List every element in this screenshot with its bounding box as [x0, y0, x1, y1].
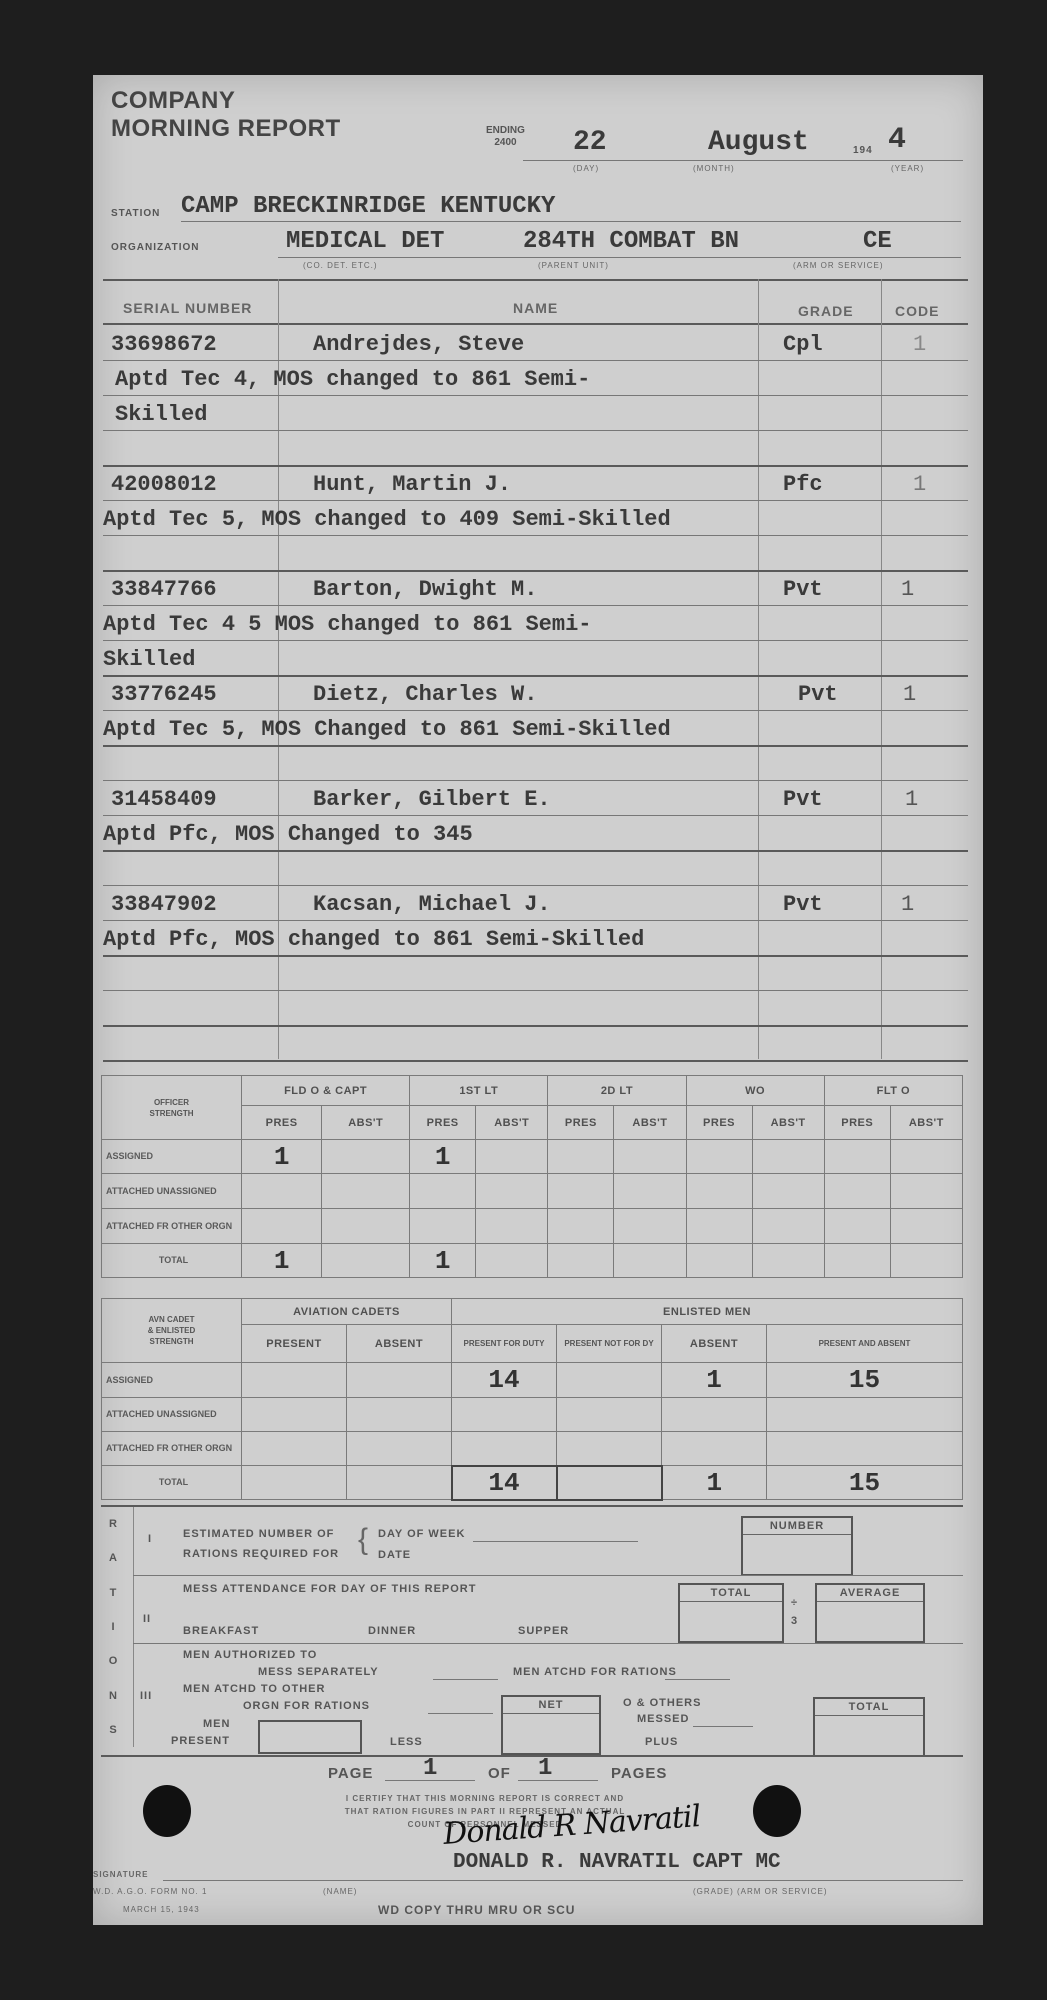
- row-rule: [103, 885, 968, 886]
- entries-top-rule: [103, 279, 968, 281]
- officer-row-attached-unassigned: ATTACHED UNASSIGNED: [102, 1174, 963, 1209]
- sub-pres: PRES: [686, 1106, 752, 1140]
- entry-grade: Cpl: [783, 332, 823, 357]
- column-name: NAME: [513, 300, 558, 316]
- officer-row-total: TOTAL 1 1: [102, 1244, 963, 1278]
- part-i-rule: [133, 1575, 963, 1576]
- wd-copy-note: WD COPY THRU MRU OR SCU: [378, 1903, 575, 1917]
- entry-remark-cont: Skilled: [115, 402, 207, 427]
- row-label: ATTACHED UNASSIGNED: [102, 1398, 242, 1432]
- title-line-1: COMPANY: [111, 87, 341, 115]
- side-letter: S: [109, 1724, 117, 1736]
- station-value: CAMP BRECKINRIDGE KENTUCKY: [181, 193, 555, 220]
- officer-strength-table: OFFICER STRENGTH FLD O & CAPT 1ST LT 2D …: [101, 1075, 963, 1278]
- cell: 1: [242, 1244, 322, 1278]
- of-label: OF: [488, 1765, 511, 1782]
- unit-caption: (CO. DET. ETC.): [303, 261, 378, 270]
- day-of-week-field[interactable]: [473, 1541, 638, 1542]
- men-present-label-1: MEN: [203, 1718, 230, 1730]
- entry-serial: 33847766: [111, 577, 217, 602]
- entry-grade: Pvt: [798, 682, 838, 707]
- cell: [752, 1140, 824, 1174]
- entry-name: Hunt, Martin J.: [313, 472, 511, 497]
- men-atchd-other-label-1: MEN ATCHD TO OTHER: [183, 1683, 325, 1695]
- divider-grade-code: [881, 279, 882, 1059]
- officer-title-2: STRENGTH: [102, 1108, 241, 1119]
- sub-pres: PRES: [548, 1106, 614, 1140]
- estimated-label-2: RATIONS REQUIRED FOR: [183, 1548, 339, 1560]
- rations-top-rule: [101, 1505, 963, 1507]
- signature-label: SIGNATURE: [93, 1870, 149, 1879]
- men-present-box[interactable]: [258, 1720, 362, 1754]
- cell: 1: [662, 1466, 767, 1500]
- row-label: TOTAL: [102, 1244, 242, 1278]
- sub-abst: ABS'T: [476, 1106, 548, 1140]
- sub-abst: ABS'T: [752, 1106, 824, 1140]
- page-total-underline: [518, 1780, 598, 1781]
- sub-absent-em: ABSENT: [662, 1325, 767, 1363]
- entry-code: 1: [913, 332, 926, 357]
- entry-name: Barker, Gilbert E.: [313, 787, 551, 812]
- cell: 1: [410, 1140, 476, 1174]
- enlisted-row-attached-other: ATTACHED FR OTHER ORGN: [102, 1432, 963, 1466]
- month-caption: (MONTH): [693, 164, 735, 173]
- certify-line-1: I CERTIFY THAT THIS MORNING REPORT IS CO…: [285, 1792, 685, 1805]
- entry-code: 1: [913, 472, 926, 497]
- cell: 15: [767, 1363, 963, 1398]
- entry-grade: Pvt: [783, 577, 823, 602]
- entry-remark: Aptd Pfc, MOS Changed to 345: [103, 822, 473, 847]
- row-rule: [103, 465, 968, 467]
- o-others-label-1: O & OTHERS: [623, 1697, 701, 1709]
- entry-remark-cont: Skilled: [103, 647, 195, 672]
- cell: [347, 1466, 452, 1500]
- net-box-label: NET: [503, 1697, 599, 1714]
- enlisted-row-attached-unassigned: ATTACHED UNASSIGNED: [102, 1398, 963, 1432]
- parent-unit-caption: (PARENT UNIT): [538, 261, 609, 270]
- day-caption: (DAY): [573, 164, 599, 173]
- organization-parent-unit: 284TH COMBAT BN: [523, 228, 739, 255]
- cell: [557, 1466, 662, 1500]
- sub-abst: ABS'T: [614, 1106, 686, 1140]
- side-letter: I: [111, 1621, 115, 1633]
- cell: [824, 1140, 890, 1174]
- o-others-field[interactable]: [693, 1726, 753, 1727]
- entry-name: Dietz, Charles W.: [313, 682, 537, 707]
- side-letter: A: [109, 1552, 118, 1564]
- page-number-underline: [385, 1780, 475, 1781]
- punch-hole-right: [753, 1785, 801, 1837]
- row-rule: [103, 955, 968, 957]
- entry-code: 1: [901, 577, 914, 602]
- ending-label-2: 2400: [486, 137, 525, 149]
- ending-label-1: ENDING: [486, 125, 525, 137]
- men-atchd-rations-field[interactable]: [665, 1679, 730, 1680]
- organization-underline: [278, 257, 961, 258]
- group-aviation-cadets: AVIATION CADETS: [242, 1299, 452, 1325]
- entry-grade: Pfc: [783, 472, 823, 497]
- row-rule: [103, 500, 968, 501]
- officer-strength-title: OFFICER STRENGTH: [102, 1076, 242, 1140]
- cell: [614, 1140, 686, 1174]
- row-rule: [103, 990, 968, 991]
- section-iii: III: [140, 1690, 152, 1702]
- sub-abst: ABS'T: [322, 1106, 410, 1140]
- station-underline: [181, 221, 961, 222]
- row-rule: [103, 640, 968, 641]
- entry-grade: Pvt: [783, 787, 823, 812]
- column-serial-number: SERIAL NUMBER: [123, 300, 252, 316]
- sub-present: PRESENT: [242, 1325, 347, 1363]
- name-caption: (NAME): [323, 1887, 357, 1896]
- o-others-label-2: MESSED: [637, 1713, 689, 1725]
- row-rule: [103, 535, 968, 536]
- enlisted-row-total: TOTAL 14 1 15: [102, 1466, 963, 1500]
- entry-grade: Pvt: [783, 892, 823, 917]
- entry-name: Andrejdes, Steve: [313, 332, 524, 357]
- divide-by-three: 3: [791, 1615, 798, 1627]
- entry-code: 1: [903, 682, 916, 707]
- row-label: ATTACHED UNASSIGNED: [102, 1174, 242, 1209]
- entry-code: 1: [905, 787, 918, 812]
- date-underline: [523, 160, 963, 161]
- cell: [824, 1244, 890, 1278]
- entry-serial: 42008012: [111, 472, 217, 497]
- row-rule: [103, 1060, 968, 1062]
- entry-remark: Aptd Tec 4 5 MOS changed to 861 Semi-: [103, 612, 591, 637]
- row-label: ATTACHED FR OTHER ORGN: [102, 1432, 242, 1466]
- row-rule: [103, 430, 968, 431]
- row-label: ASSIGNED: [102, 1363, 242, 1398]
- group-enlisted-men: ENLISTED MEN: [452, 1299, 963, 1325]
- row-rule: [103, 920, 968, 921]
- sub-abst: ABS'T: [890, 1106, 962, 1140]
- section-i: I: [148, 1533, 152, 1545]
- entry-code: 1: [901, 892, 914, 917]
- cell: [322, 1140, 410, 1174]
- row-rule: [103, 395, 968, 396]
- cell: [476, 1140, 548, 1174]
- row-rule: [103, 570, 968, 572]
- net-box[interactable]: NET: [501, 1695, 601, 1755]
- entry-remark: Aptd Pfc, MOS changed to 861 Semi-Skille…: [103, 927, 644, 952]
- cell: [686, 1140, 752, 1174]
- title-line-2: MORNING REPORT: [111, 115, 341, 143]
- entry-serial: 33698672: [111, 332, 217, 357]
- row-label: ATTACHED FR OTHER ORGN: [102, 1209, 242, 1244]
- rations-side-divider: [133, 1507, 134, 1747]
- row-rule: [103, 710, 968, 711]
- estimated-label-1: ESTIMATED NUMBER OF: [183, 1528, 334, 1540]
- cell: [614, 1244, 686, 1278]
- cell: [476, 1244, 548, 1278]
- men-present-label-2: PRESENT: [171, 1735, 230, 1747]
- rations-side-label: R A T I O N S: [101, 1507, 126, 1747]
- cell: 14: [452, 1466, 557, 1500]
- arm-caption: (ARM OR SERVICE): [793, 261, 884, 270]
- entry-name: Kacsan, Michael J.: [313, 892, 551, 917]
- organization-arm: CE: [863, 228, 892, 255]
- enlisted-row-assigned: ASSIGNED 14 1 15: [102, 1363, 963, 1398]
- section-ii: II: [143, 1613, 151, 1625]
- report-month: August: [708, 127, 809, 158]
- cell: [242, 1363, 347, 1398]
- side-letter: N: [109, 1690, 118, 1702]
- row-rule: [103, 745, 968, 747]
- group-wo: WO: [686, 1076, 824, 1106]
- row-rule: [103, 850, 968, 852]
- divider-name-grade: [758, 279, 759, 1059]
- less-label: LESS: [390, 1736, 423, 1748]
- mess-separately-field[interactable]: [433, 1679, 498, 1680]
- row-rule: [103, 780, 968, 781]
- page-label: PAGE: [328, 1765, 373, 1782]
- row-rule: [103, 605, 968, 606]
- entry-serial: 31458409: [111, 787, 217, 812]
- officer-title-1: OFFICER: [102, 1097, 241, 1108]
- column-code: CODE: [895, 303, 939, 319]
- ending-label: ENDING 2400: [486, 125, 525, 149]
- grade-caption: (GRADE) (ARM OR SERVICE): [693, 1887, 828, 1896]
- breakfast-label: BREAKFAST: [183, 1625, 259, 1637]
- cell: [686, 1244, 752, 1278]
- organization-label: ORGANIZATION: [111, 242, 199, 253]
- sub-present-not-for-duty: PRESENT NOT FOR DY: [557, 1325, 662, 1363]
- row-rule: [103, 675, 968, 677]
- number-box-label: NUMBER: [743, 1518, 851, 1535]
- report-day: 22: [573, 127, 607, 158]
- total-box[interactable]: TOTAL: [678, 1583, 784, 1643]
- entry-name: Barton, Dwight M.: [313, 577, 537, 602]
- year-caption: (YEAR): [891, 164, 924, 173]
- sub-pres: PRES: [824, 1106, 890, 1140]
- group-1st-lt: 1ST LT: [410, 1076, 548, 1106]
- atchd-other-field[interactable]: [428, 1713, 493, 1714]
- signature-line: [163, 1880, 963, 1881]
- average-box-label: AVERAGE: [817, 1585, 923, 1602]
- cell: 15: [767, 1466, 963, 1500]
- sub-present-for-duty: PRESENT FOR DUTY: [452, 1325, 557, 1363]
- dinner-label: DINNER: [368, 1625, 416, 1637]
- row-label: TOTAL: [102, 1466, 242, 1500]
- entry-remark: Aptd Tec 5, MOS Changed to 861 Semi-Skil…: [103, 717, 671, 742]
- row-rule: [103, 360, 968, 361]
- mess-attendance-label: MESS ATTENDANCE FOR DAY OF THIS REPORT: [183, 1583, 476, 1595]
- row-label: ASSIGNED: [102, 1140, 242, 1174]
- supper-label: SUPPER: [518, 1625, 569, 1637]
- column-grade: GRADE: [798, 303, 854, 319]
- cell: 14: [452, 1363, 557, 1398]
- men-authorized-label-1: MEN AUTHORIZED TO: [183, 1649, 317, 1661]
- cell: 1: [242, 1140, 322, 1174]
- sub-absent: ABSENT: [347, 1325, 452, 1363]
- group-2d-lt: 2D LT: [548, 1076, 686, 1106]
- day-of-week-label: DAY OF WEEK: [378, 1528, 465, 1540]
- form-title: COMPANY MORNING REPORT: [111, 87, 341, 143]
- cell: 1: [662, 1363, 767, 1398]
- row-rule: [103, 1025, 968, 1027]
- cell: [752, 1244, 824, 1278]
- side-letter: T: [110, 1587, 118, 1599]
- group-flt-o: FLT O: [824, 1076, 962, 1106]
- enlisted-strength-title: AVN CADET & ENLISTED STRENGTH: [102, 1299, 242, 1363]
- cell: [557, 1363, 662, 1398]
- enlisted-title-3: STRENGTH: [102, 1336, 241, 1347]
- cell: [548, 1244, 614, 1278]
- part-ii-rule: [133, 1643, 963, 1644]
- sub-pres: PRES: [410, 1106, 476, 1140]
- cell: [347, 1363, 452, 1398]
- organization-unit: MEDICAL DET: [286, 228, 444, 255]
- side-letter: O: [109, 1655, 119, 1667]
- cell: [890, 1140, 962, 1174]
- morning-report-form: COMPANY MORNING REPORT ENDING 2400 22 Au…: [93, 75, 983, 1925]
- sub-pres: PRES: [242, 1106, 322, 1140]
- rations-total-label: TOTAL: [815, 1699, 923, 1716]
- average-box[interactable]: AVERAGE: [815, 1583, 925, 1643]
- form-number: W.D. A.G.O. FORM NO. 1: [93, 1887, 207, 1896]
- report-year: 4: [888, 123, 906, 157]
- year-prefix: 194: [853, 145, 873, 156]
- sub-present-and-absent: PRESENT AND ABSENT: [767, 1325, 963, 1363]
- pages-label: PAGES: [611, 1765, 667, 1782]
- cell: [322, 1244, 410, 1278]
- cell: 1: [410, 1244, 476, 1278]
- entry-serial: 33776245: [111, 682, 217, 707]
- men-atchd-other-label-2: ORGN FOR RATIONS: [243, 1700, 370, 1712]
- entry-serial: 33847902: [111, 892, 217, 917]
- plus-label: PLUS: [645, 1736, 678, 1748]
- station-label: STATION: [111, 208, 160, 219]
- punch-hole-left: [143, 1785, 191, 1837]
- enlisted-title-1: AVN CADET: [102, 1314, 241, 1325]
- divide-icon: ÷: [791, 1597, 798, 1609]
- page-total: 1: [538, 1755, 552, 1782]
- rations-bottom-rule: [101, 1755, 963, 1757]
- enlisted-strength-table: AVN CADET & ENLISTED STRENGTH AVIATION C…: [101, 1298, 963, 1501]
- page-number: 1: [423, 1755, 437, 1782]
- brace-icon: {: [358, 1523, 369, 1557]
- group-fld-o-capt: FLD O & CAPT: [242, 1076, 410, 1106]
- number-box[interactable]: NUMBER: [741, 1516, 853, 1576]
- men-atchd-rations-label: MEN ATCHD FOR RATIONS: [513, 1666, 677, 1678]
- total-box-label: TOTAL: [680, 1585, 782, 1602]
- enlisted-title-2: & ENLISTED: [102, 1325, 241, 1336]
- officer-row-assigned: ASSIGNED 1 1: [102, 1140, 963, 1174]
- signer-name-grade: DONALD R. NAVRATIL CAPT MC: [453, 1851, 781, 1874]
- cell: [548, 1140, 614, 1174]
- cell: [242, 1466, 347, 1500]
- men-authorized-label-2: MESS SEPARATELY: [258, 1666, 379, 1678]
- entries-header-rule: [103, 323, 968, 325]
- rations-total-box[interactable]: TOTAL: [813, 1697, 925, 1757]
- officer-row-attached-other: ATTACHED FR OTHER ORGN: [102, 1209, 963, 1244]
- entry-remark: Aptd Tec 4, MOS changed to 861 Semi-: [115, 367, 590, 392]
- entry-remark: Aptd Tec 5, MOS changed to 409 Semi-Skil…: [103, 507, 671, 532]
- side-letter: R: [109, 1518, 118, 1530]
- date-label: DATE: [378, 1549, 411, 1561]
- cell: [890, 1244, 962, 1278]
- form-date: MARCH 15, 1943: [123, 1905, 200, 1914]
- row-rule: [103, 815, 968, 816]
